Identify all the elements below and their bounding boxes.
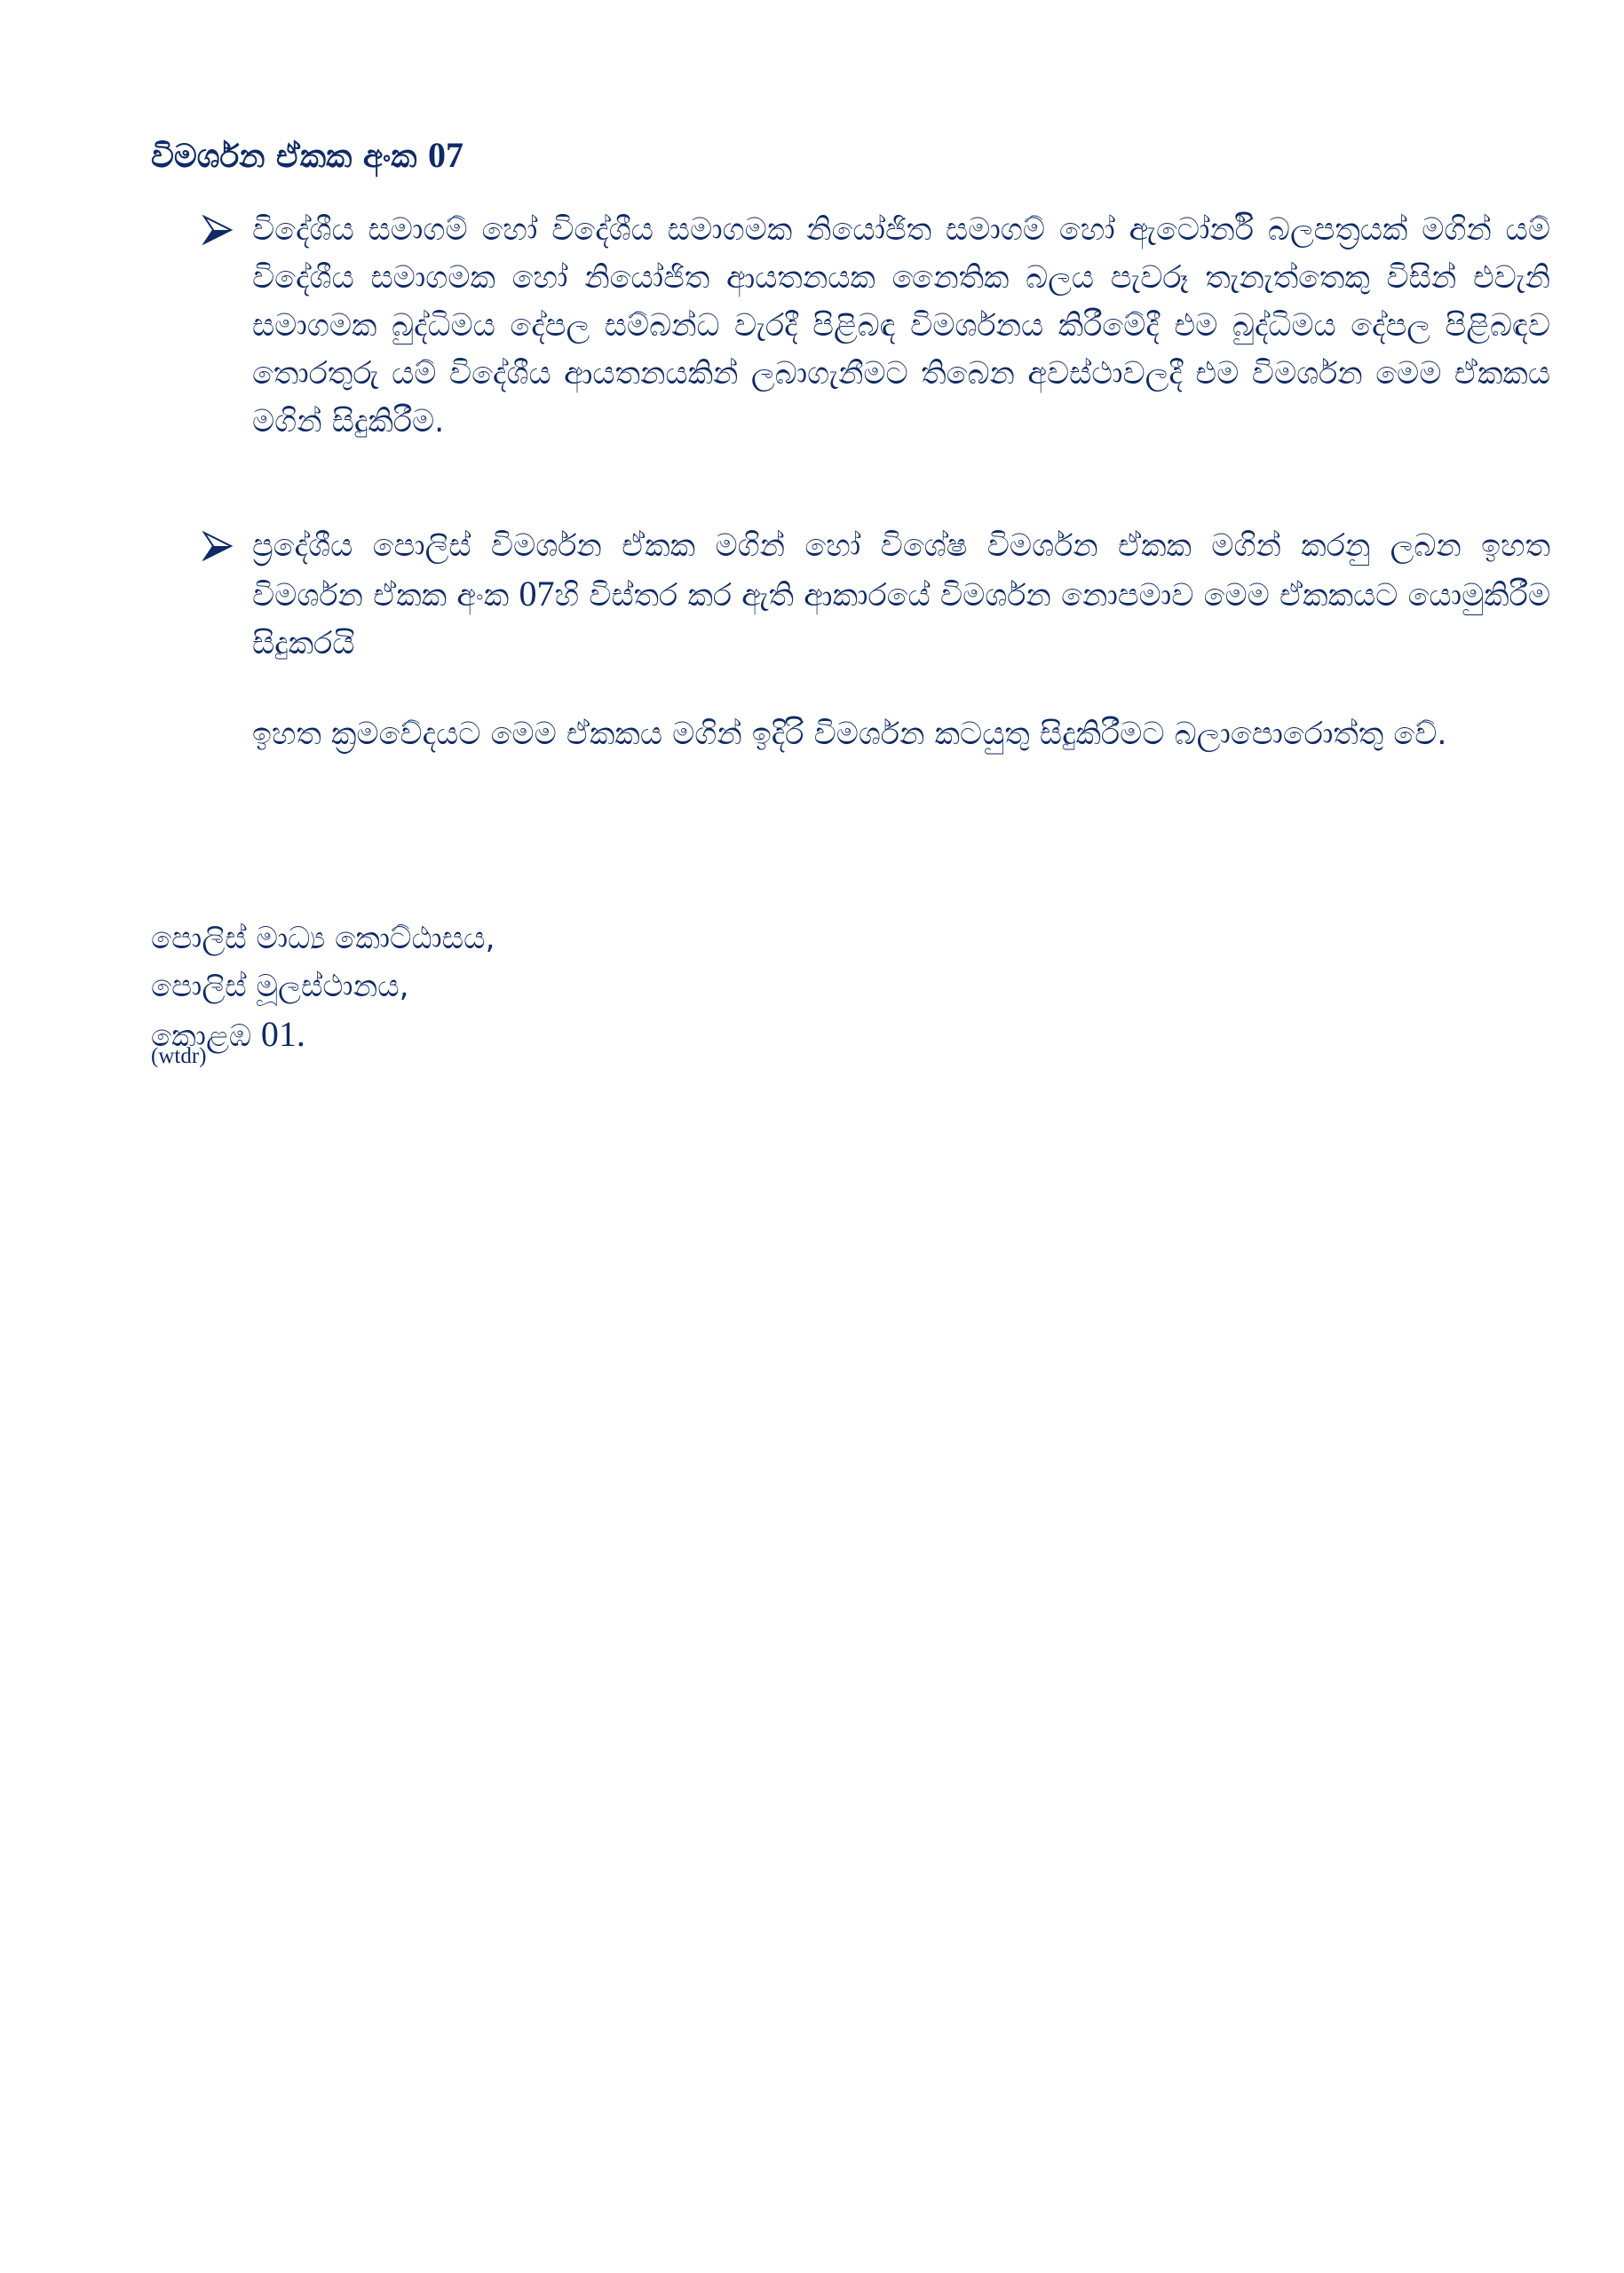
arrow-bullet-icon [202,531,233,561]
bullet-text-1: විදේශීය සමාගම් හෝ විදේශීය සමාගමක නියෝජිත… [252,206,1550,446]
reference-code: (wtdr) [151,1044,206,1069]
signature-block: පොලිස් මාධ්‍ය කොට්ඨාසය, පොලිස් මූලස්ථානය… [151,915,495,1060]
heading-text: විමර්ශන ඒකක අංක [151,139,428,175]
bullet-item-1: විදේශීය සමාගම් හෝ විදේශීය සමාගමක නියෝජිත… [202,206,1552,499]
signature-line-division: පොලිස් මාධ්‍ය කොට්ඨාසය, [151,915,495,962]
document-page: විමර්ශන ඒකක අංක 07 විදේශීය සමාගම් හෝ විද… [0,0,1624,2273]
section-heading: විමර්ශන ඒකක අංක 07 [151,133,463,179]
heading-number: 07 [428,135,463,175]
bullet-item-2: ප්‍රදේශීය පොලිස් විමර්ශන ඒකක මගින් හෝ වි… [202,522,1552,673]
bullet-text-2-number: 07 [519,574,555,614]
bullet-text-2: ප්‍රදේශීය පොලිස් විමර්ශන ඒකක මගින් හෝ වි… [252,522,1550,668]
closing-paragraph: ඉහත ක්‍රමවේදයට මෙම ඒකකය මගින් ඉදිරි විමර… [252,710,1550,758]
arrow-bullet-icon [202,215,233,245]
city-number: 01. [261,1014,305,1054]
signature-line-headquarters: පොලිස් මූලස්ථානය, [151,962,495,1010]
